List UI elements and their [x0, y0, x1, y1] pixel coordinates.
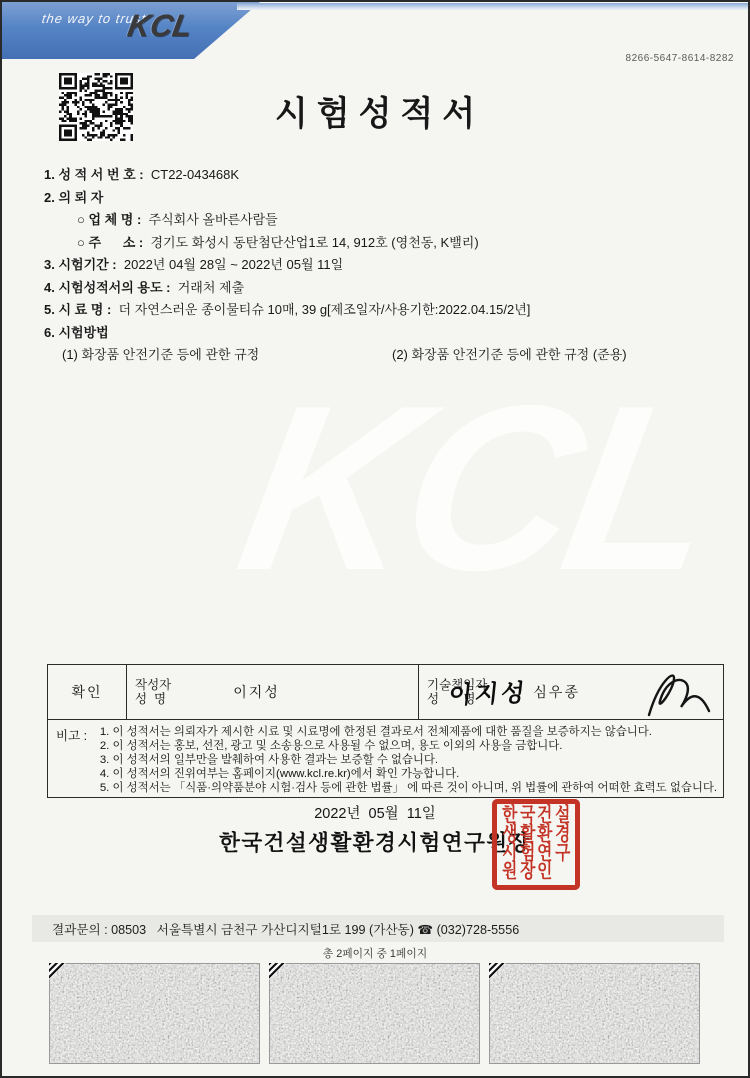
- kcl-watermark: KCL: [226, 370, 726, 605]
- field-report-number-value: CT22-043468K: [144, 167, 239, 182]
- page-count: 총 2페이지 중 1페이지: [2, 946, 748, 961]
- confirmation-table: 확인 작성자성 명 이지성 이지성 기술책임자성 명 심우종: [47, 664, 724, 720]
- writer-role: 작성자성 명: [135, 678, 171, 706]
- writer-cell: 작성자성 명 이지성 이지성: [127, 665, 419, 719]
- tech-manager-name: 심우종: [533, 682, 580, 702]
- field-test-method: 6. 시험방법: [44, 322, 734, 345]
- confirm-cell: 확인: [48, 665, 127, 719]
- field-sample-name: 5. 시 료 명 : 더 자연스러운 종이물티슈 10매, 39 g[제조일자/…: [44, 299, 734, 322]
- report-title: 시험성적서: [2, 86, 748, 135]
- security-pattern-1: [49, 963, 260, 1064]
- test-method-2: (2) 화장품 안전기준 등에 관한 규정 (준용): [392, 344, 627, 363]
- test-method-1: (1) 화장품 안전기준 등에 관한 규정: [62, 344, 259, 363]
- field-report-number: 1. 성 적 서 번 호 : CT22-043468K: [44, 164, 734, 187]
- kcl-logo: KCL: [125, 8, 195, 44]
- remark-note-2: 2. 이 성적서는 홍보, 선전, 광고 및 소송용으로 사용될 수 없으며, …: [100, 739, 717, 753]
- issuing-organization: 한국건설생활환경시험연구원장: [2, 826, 748, 857]
- remark-note-4: 4. 이 성적서의 진위여부는 홈페이지(www.kcl.re.kr)에서 확인…: [100, 767, 717, 781]
- issue-date: 2022년 05월 11일: [2, 802, 748, 823]
- test-report-page: the way to trust KCL 8266-5647-8614-8282…: [0, 0, 750, 1078]
- document-serial-number: 8266-5647-8614-8282: [626, 53, 734, 64]
- field-client: 2. 의 뢰 자: [44, 187, 734, 210]
- field-usage: 4. 시험성적서의 용도 : 거래처 제출: [44, 277, 734, 300]
- field-test-period: 3. 시험기간 : 2022년 04월 28일 ~ 2022년 05월 11일: [44, 254, 734, 277]
- remarks-notes: 1. 이 성적서는 의뢰자가 제시한 시료 및 시료명에 한정된 결과로서 전체…: [100, 725, 717, 793]
- security-pattern-row: [49, 963, 707, 1064]
- field-test-method-items: (1) 화장품 안전기준 등에 관한 규정 (2) 화장품 안전기준 등에 관한…: [44, 344, 734, 368]
- report-fields: 1. 성 적 서 번 호 : CT22-043468K 2. 의 뢰 자 ○ 업…: [44, 164, 734, 368]
- remark-note-3: 3. 이 성적서의 일부만을 발췌하여 사용한 결과는 보증할 수 없습니다.: [100, 753, 717, 767]
- writer-name: 이지성: [233, 682, 280, 702]
- security-pattern-2: [269, 963, 480, 1064]
- security-pattern-3: [489, 963, 700, 1064]
- remarks-label: 비고 :: [56, 725, 100, 793]
- writer-signature: 이지성: [447, 673, 529, 711]
- field-report-number-label: 1. 성 적 서 번 호 :: [44, 167, 144, 182]
- header-strip: [237, 3, 748, 10]
- field-address: ○ 주 소 : 경기도 화성시 동탄첨단산업1로 14, 912호 (영천동, …: [44, 232, 734, 255]
- remark-note-1: 1. 이 성적서는 의뢰자가 제시한 시료 및 시료명에 한정된 결과로서 전체…: [100, 725, 717, 739]
- tech-manager-signature: [635, 667, 717, 722]
- official-red-seal: 한국건설 생활환경 시험연구 원장인: [492, 799, 580, 890]
- remarks-box: 비고 : 1. 이 성적서는 의뢰자가 제시한 시료 및 시료명에 한정된 결과…: [47, 719, 724, 798]
- contact-bar: 결과문의 : 08503 서울특별시 금천구 가산디지털1로 199 (가산동)…: [32, 915, 724, 942]
- field-company: ○ 업 체 명 : 주식회사 올바른사람들: [44, 209, 734, 232]
- remark-note-5: 5. 이 성적서는 「식품·의약품분야 시험·검사 등에 관한 법률」 에 따른…: [100, 781, 717, 795]
